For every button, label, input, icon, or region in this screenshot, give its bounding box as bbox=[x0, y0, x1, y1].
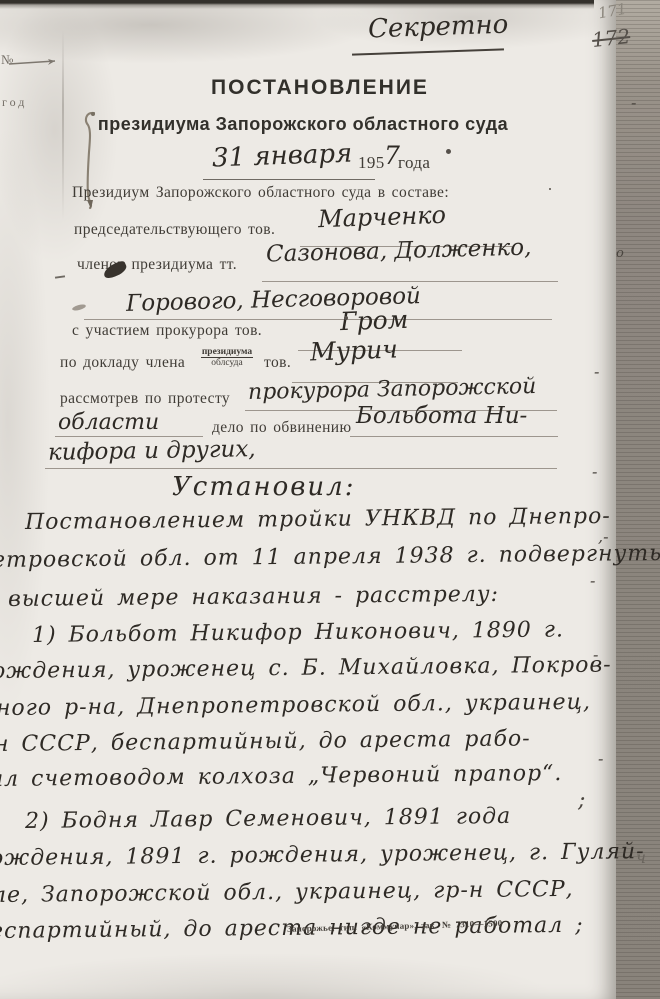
members-fill-line2 bbox=[84, 319, 552, 320]
date-year-printed: 195 bbox=[358, 153, 385, 173]
reporter-name-handwritten: Мурич bbox=[310, 334, 399, 366]
presidium-intro: Президиум Запорожского областного суда в… bbox=[72, 184, 449, 202]
reporter-word-presidium: президиума bbox=[201, 347, 253, 358]
prosecutor-name-handwritten: Гром bbox=[340, 305, 409, 336]
date-underline bbox=[203, 179, 375, 180]
scanned-document-photo: № год Секретно 171 172 ПОСТАНОВЛЕНИЕ пре… bbox=[0, 0, 660, 999]
case-value1-handwritten: Больбота Ни- bbox=[356, 403, 527, 429]
protest-label: рассмотрев по протесту bbox=[60, 390, 230, 408]
edge-mark: - bbox=[593, 645, 598, 664]
ink-speck bbox=[549, 188, 551, 190]
margin-year-word: год bbox=[2, 95, 27, 110]
members-fill-line1 bbox=[262, 281, 558, 282]
case-label: дело по обвинению bbox=[212, 419, 351, 437]
prosecutor-label: с участием прокурора тов. bbox=[72, 322, 262, 340]
case-value2-handwritten: кифора и других, bbox=[48, 436, 256, 466]
reporter-label: по докладу члена bbox=[60, 354, 185, 372]
ink-speck bbox=[446, 149, 451, 154]
ink-speck bbox=[344, 316, 348, 320]
chairman-label: председательствующего тов. bbox=[74, 221, 275, 239]
document-subtitle: президиума Запорожского областного суда bbox=[0, 114, 606, 135]
edge-mark: - bbox=[592, 462, 597, 481]
edge-mark: - bbox=[631, 93, 636, 112]
date-year-suffix: года bbox=[398, 153, 430, 173]
edge-mark: ,- bbox=[598, 527, 609, 546]
document-title: ПОСТАНОВЛЕНИЕ bbox=[30, 76, 610, 100]
reporter-word-oblsud: облсуда bbox=[211, 358, 242, 368]
members-label: членов президиума тт. bbox=[77, 256, 237, 274]
reporter-correction: президиума облсуда bbox=[196, 347, 258, 368]
edge-mark: о bbox=[616, 246, 624, 261]
page-number-172-struck: 172 bbox=[591, 24, 631, 52]
ustanovil-heading: Установил: bbox=[172, 472, 355, 502]
edge-mark: - bbox=[590, 571, 595, 590]
edge-mark: ч bbox=[636, 848, 646, 867]
reporter-tov-label: тов. bbox=[264, 354, 291, 372]
edge-mark: - bbox=[598, 749, 603, 768]
case-fill-line2 bbox=[45, 468, 557, 469]
date-day-month-handwritten: 31 января bbox=[212, 139, 353, 174]
margin-underline-arrow bbox=[9, 56, 61, 68]
chairman-name-handwritten: Марченко bbox=[318, 201, 447, 233]
edge-mark: ; bbox=[578, 788, 585, 813]
protest-value2-handwritten: области bbox=[58, 410, 159, 435]
edge-mark: - bbox=[594, 362, 599, 381]
body-line-9: 2) Бодня Лавр Семенович, 1891 года bbox=[25, 804, 511, 834]
secret-stamp-handwritten: Секретно bbox=[368, 10, 509, 45]
body-line-3: высшей мере наказания - расстрелу: bbox=[8, 582, 499, 612]
top-edge-shadow bbox=[0, 0, 594, 9]
case-fill-line bbox=[350, 436, 558, 437]
